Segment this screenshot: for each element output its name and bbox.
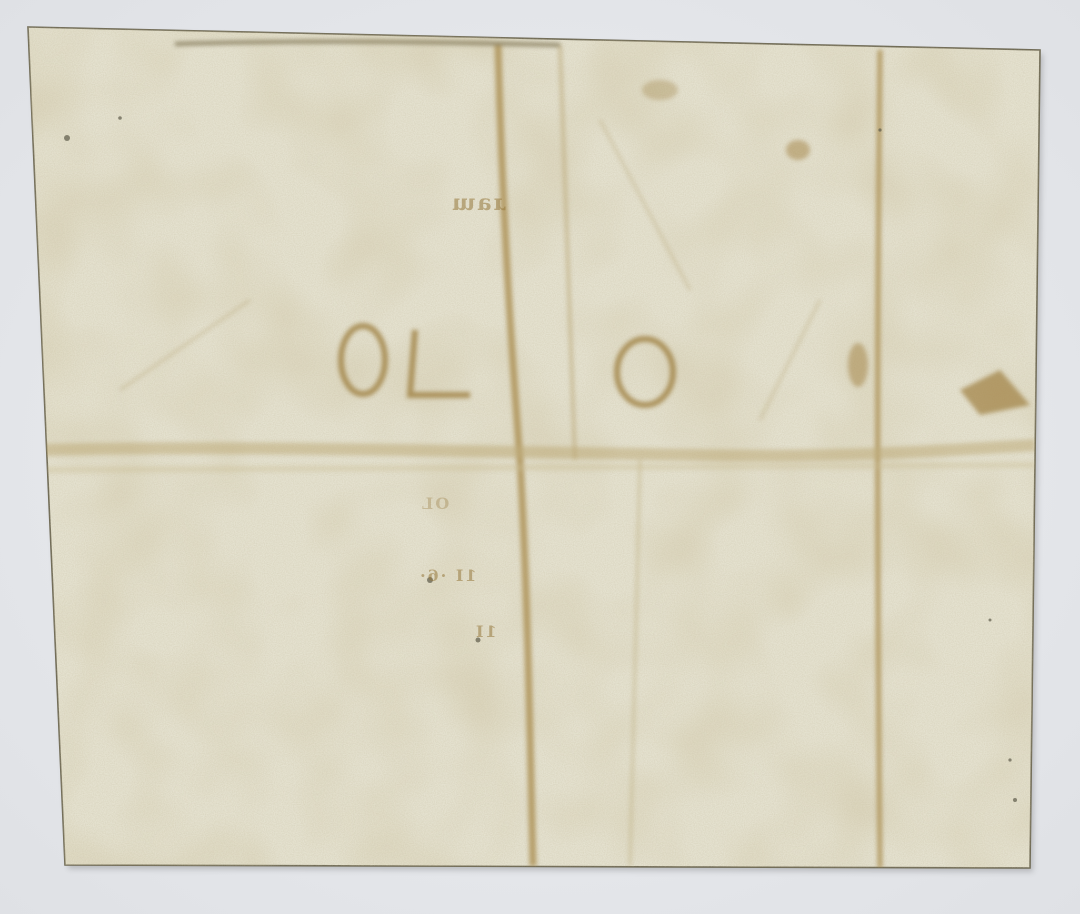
bleed-through-line-4: 1I ·6·	[418, 566, 476, 585]
bleed-through-top-line: ɹaɯ	[450, 190, 506, 216]
paper-fragment	[0, 0, 1080, 914]
bleed-through-line-3: OL	[420, 494, 449, 513]
bleed-through-line-5: 1I	[474, 622, 497, 641]
